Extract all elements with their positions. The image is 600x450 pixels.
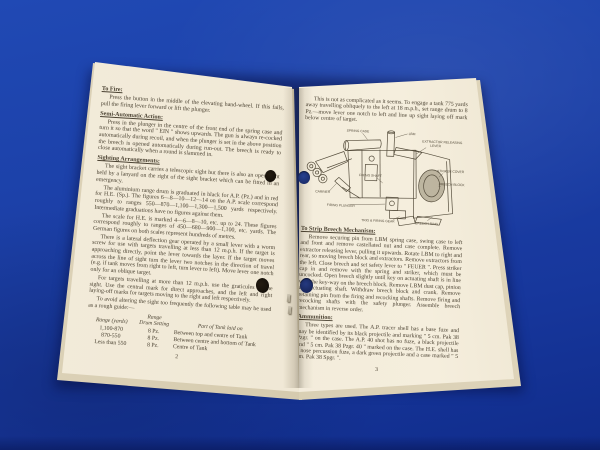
punch-hole bbox=[298, 171, 310, 184]
diagram-label-carrier: CARRIER bbox=[315, 189, 331, 194]
paragraph: This is not as complicated as it seems. … bbox=[305, 96, 468, 128]
diagram-label-firing-plunger: FIRING PLUNGER bbox=[327, 203, 356, 208]
diagram-label-spring-case: SPRING CASE bbox=[347, 128, 370, 133]
diagram-labels: SPRING CASE LBM EXTRACTOR RELEASING LEVE… bbox=[314, 127, 467, 227]
left-page-content: To Fire: Press the button in the middle … bbox=[85, 86, 285, 367]
diagram-label-trig-firing-gear: TRIG & FIRING GEAR bbox=[361, 218, 395, 223]
photo-scene: To Fire: Press the button in the middle … bbox=[0, 0, 600, 450]
paragraph: Three types are used. The A.P. tracer sh… bbox=[296, 322, 459, 367]
diagram-label-lbm: LBM bbox=[409, 132, 416, 136]
breech-diagram-drawing: SPRING CASE LBM EXTRACTOR RELEASING LEVE… bbox=[301, 124, 468, 229]
diagram-label-extractor-releasing: EXTRACTOR RELEASING bbox=[422, 139, 463, 145]
diagram-label-breech-ring: BREECH RING bbox=[415, 221, 438, 226]
punch-hole bbox=[300, 278, 313, 293]
diagram-label-lever: LEVER bbox=[430, 143, 442, 147]
right-page-content: This is not as complicated as it seems. … bbox=[295, 96, 467, 376]
diagram-label-striker-cover: STRIKER COVER bbox=[437, 169, 465, 174]
paragraph: Remove securing pin from LBM spring case… bbox=[298, 234, 463, 317]
cell-drum-setting: 8 Pz. bbox=[134, 341, 171, 350]
breech-mechanism-diagram: SPRING CASE LBM EXTRACTOR RELEASING LEVE… bbox=[301, 124, 468, 229]
diagram-label-firing-shaft: FIRING SHAFT bbox=[359, 173, 382, 178]
